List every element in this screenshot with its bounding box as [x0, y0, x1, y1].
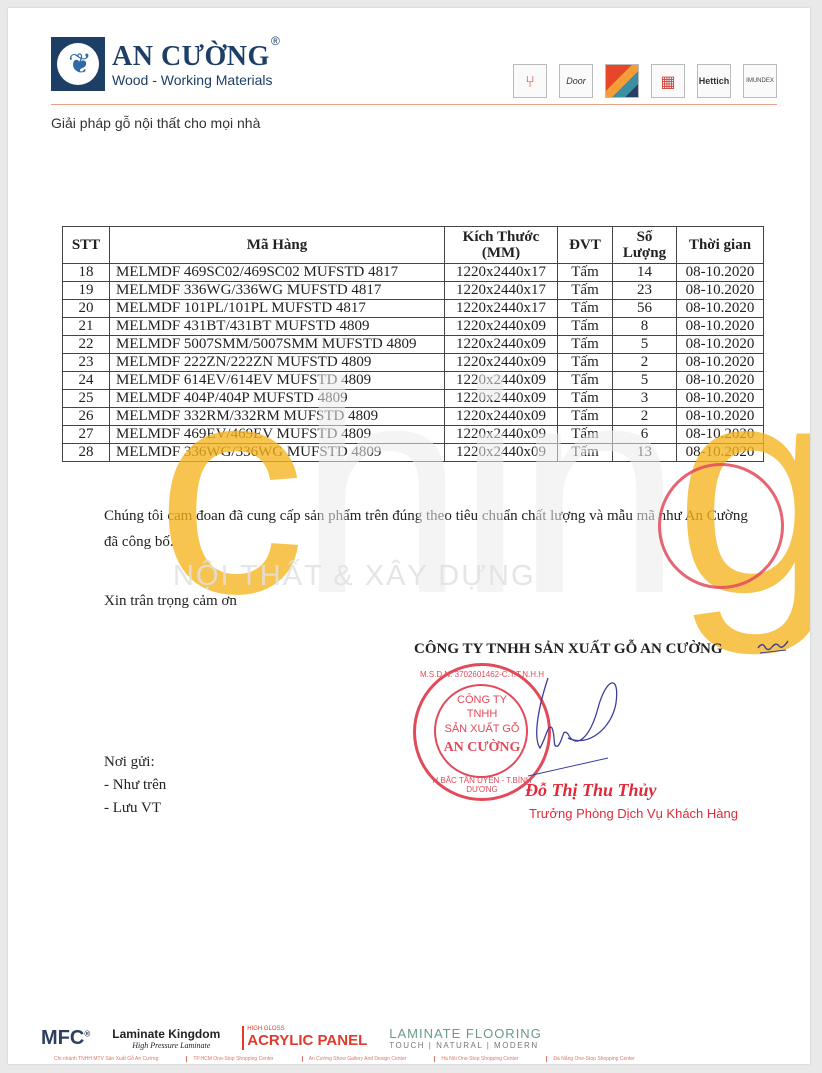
cell-stt: 23 — [63, 354, 110, 372]
cell-stt: 18 — [63, 264, 110, 282]
table-row: 22MELMDF 5007SMM/5007SMM MUFSTD 48091220… — [63, 336, 764, 354]
cell-stt: 24 — [63, 372, 110, 390]
cell-quantity: 2 — [613, 354, 677, 372]
cell-date: 08-10.2020 — [677, 300, 764, 318]
cell-dimensions: 1220x2440x09 — [445, 318, 558, 336]
cell-dimensions: 1220x2440x09 — [445, 336, 558, 354]
cell-date: 08-10.2020 — [677, 390, 764, 408]
goods-table: STT Mã Hàng Kích Thước (MM) ĐVT Số Lượng… — [62, 226, 764, 462]
cell-stt: 27 — [63, 426, 110, 444]
partner-logo-door: Door — [559, 64, 593, 98]
cell-unit: Tấm — [558, 282, 613, 300]
cell-quantity: 6 — [613, 426, 677, 444]
cell-date: 08-10.2020 — [677, 408, 764, 426]
cell-item-code: MELMDF 336WG/336WG MUFSTD 4809 — [110, 444, 445, 462]
cell-item-code: MELMDF 614EV/614EV MUFSTD 4809 — [110, 372, 445, 390]
cell-date: 08-10.2020 — [677, 426, 764, 444]
table-row: 27MELMDF 469EV/469EV MUFSTD 48091220x244… — [63, 426, 764, 444]
table-row: 23MELMDF 222ZN/222ZN MUFSTD 48091220x244… — [63, 354, 764, 372]
recipient-item: - Lưu VT — [104, 797, 166, 820]
cell-stt: 20 — [63, 300, 110, 318]
cell-quantity: 56 — [613, 300, 677, 318]
cell-unit: Tấm — [558, 444, 613, 462]
cell-item-code: MELMDF 431BT/431BT MUFSTD 4809 — [110, 318, 445, 336]
table-header-row: STT Mã Hàng Kích Thước (MM) ĐVT Số Lượng… — [63, 227, 764, 264]
cell-item-code: MELMDF 336WG/336WG MUFSTD 4817 — [110, 282, 445, 300]
chair-icon: ⑂ — [525, 72, 535, 91]
cell-item-code: MELMDF 404P/404P MUFSTD 4809 — [110, 390, 445, 408]
header-divider — [51, 104, 777, 105]
cell-date: 08-10.2020 — [677, 264, 764, 282]
partner-logo-tables-chairs: ⑂ — [513, 64, 547, 98]
cell-stt: 22 — [63, 336, 110, 354]
footer-addresses: Chi nhánh TNHH MTV Sản Xuất Gỗ An Cường … — [48, 1056, 808, 1062]
partial-stamp — [658, 463, 784, 589]
cell-stt: 19 — [63, 282, 110, 300]
footer-brand-laminate-kingdom: Laminate KingdomHigh Pressure Laminate — [112, 1027, 220, 1050]
cell-stt: 28 — [63, 444, 110, 462]
wood-grain-icon: ❦ — [65, 47, 95, 81]
document-page: ❦ AN CƯỜNG ® Wood - Working Materials ⑂ … — [8, 8, 810, 1064]
cell-quantity: 23 — [613, 282, 677, 300]
header-stt: STT — [63, 227, 110, 264]
cell-date: 08-10.2020 — [677, 318, 764, 336]
table-row: 21MELMDF 431BT/431BT MUFSTD 48091220x244… — [63, 318, 764, 336]
cell-item-code: MELMDF 222ZN/222ZN MUFSTD 4809 — [110, 354, 445, 372]
table-row: 18MELMDF 469SC02/469SC02 MUFSTD 48171220… — [63, 264, 764, 282]
cell-dimensions: 1220x2440x17 — [445, 300, 558, 318]
footer-brand-laminate-flooring: LAMINATE FLOORINGTOUCH | NATURAL | MODER… — [389, 1026, 542, 1050]
brand-name: AN CƯỜNG — [112, 41, 270, 73]
table-row: 26MELMDF 332RM/332RM MUFSTD 48091220x244… — [63, 408, 764, 426]
footer-address: Hà Nội One-Stop Shopping Center — [434, 1056, 518, 1062]
cell-unit: Tấm — [558, 264, 613, 282]
cell-date: 08-10.2020 — [677, 444, 764, 462]
cell-unit: Tấm — [558, 300, 613, 318]
brand-subtitle: Wood - Working Materials — [112, 72, 273, 88]
cell-date: 08-10.2020 — [677, 354, 764, 372]
table-row: 19MELMDF 336WG/336WG MUFSTD 48171220x244… — [63, 282, 764, 300]
cell-stt: 25 — [63, 390, 110, 408]
cell-date: 08-10.2020 — [677, 282, 764, 300]
partner-logo-kitchen — [605, 64, 639, 98]
cell-dimensions: 1220x2440x17 — [445, 264, 558, 282]
cell-quantity: 8 — [613, 318, 677, 336]
company-signature-heading: CÔNG TY TNHH SẢN XUẤT GỖ AN CƯỜNG — [414, 641, 723, 658]
cell-item-code: MELMDF 469EV/469EV MUFSTD 4809 — [110, 426, 445, 444]
cell-dimensions: 1220x2440x17 — [445, 282, 558, 300]
header-date: Thời gian — [677, 227, 764, 264]
cell-item-code: MELMDF 101PL/101PL MUFSTD 4817 — [110, 300, 445, 318]
cell-quantity: 5 — [613, 372, 677, 390]
cell-quantity: 14 — [613, 264, 677, 282]
cell-quantity: 3 — [613, 390, 677, 408]
cell-item-code: MELMDF 469SC02/469SC02 MUFSTD 4817 — [110, 264, 445, 282]
header-quantity: Số Lượng — [613, 227, 677, 264]
cell-quantity: 2 — [613, 408, 677, 426]
header-unit: ĐVT — [558, 227, 613, 264]
handwritten-signature — [528, 668, 638, 778]
cell-dimensions: 1220x2440x09 — [445, 426, 558, 444]
cell-dimensions: 1220x2440x09 — [445, 372, 558, 390]
table-row: 24MELMDF 614EV/614EV MUFSTD 48091220x244… — [63, 372, 764, 390]
cell-quantity: 13 — [613, 444, 677, 462]
footer-brand-mfc: MFC® — [41, 1027, 90, 1050]
cell-item-code: MELMDF 5007SMM/5007SMM MUFSTD 4809 — [110, 336, 445, 354]
cabinet-icon: ▦ — [660, 72, 675, 91]
cell-stt: 26 — [63, 408, 110, 426]
thanks-text: Xin trân trọng cảm ơn — [104, 588, 237, 614]
partner-logos: ⑂ Door ▦ Hettich IMUNDEX — [513, 64, 777, 98]
recipient-item: - Như trên — [104, 774, 166, 797]
header-item-code: Mã Hàng — [110, 227, 445, 264]
recipients-block: Nơi gửi: - Như trên - Lưu VT — [104, 751, 166, 820]
registered-mark: ® — [271, 34, 280, 48]
an-cuong-logo: ❦ — [51, 37, 105, 91]
cell-unit: Tấm — [558, 390, 613, 408]
cell-unit: Tấm — [558, 318, 613, 336]
footer-address: Đà Nẵng One-Stop Shopping Center — [546, 1056, 634, 1062]
cell-item-code: MELMDF 332RM/332RM MUFSTD 4809 — [110, 408, 445, 426]
signer-title: Trưởng Phòng Dịch Vụ Khách Hàng — [529, 806, 738, 821]
cell-unit: Tấm — [558, 426, 613, 444]
table-row: 20MELMDF 101PL/101PL MUFSTD 48171220x244… — [63, 300, 764, 318]
cell-date: 08-10.2020 — [677, 336, 764, 354]
cell-dimensions: 1220x2440x09 — [445, 390, 558, 408]
initial-mark-icon — [756, 638, 790, 656]
cell-stt: 21 — [63, 318, 110, 336]
header-dimensions: Kích Thước (MM) — [445, 227, 558, 264]
cell-dimensions: 1220x2440x09 — [445, 408, 558, 426]
footer-address: An Cường Show Gallery And Design Center — [302, 1056, 407, 1062]
cell-unit: Tấm — [558, 408, 613, 426]
cell-unit: Tấm — [558, 336, 613, 354]
partner-logo-imundex: IMUNDEX — [743, 64, 777, 98]
table-row: 25MELMDF 404P/404P MUFSTD 48091220x2440x… — [63, 390, 764, 408]
partner-logo-hettich: Hettich — [697, 64, 731, 98]
cell-dimensions: 1220x2440x09 — [445, 444, 558, 462]
partner-logo-components: ▦ — [651, 64, 685, 98]
signer-name: Đỗ Thị Thu Thủy — [525, 780, 657, 801]
footer-address: TP.HCM One-Stop Shopping Center — [186, 1056, 273, 1062]
cell-unit: Tấm — [558, 372, 613, 390]
slogan: Giải pháp gỗ nội thất cho mọi nhà — [51, 115, 260, 131]
footer-brands: MFC® Laminate KingdomHigh Pressure Lamin… — [41, 1026, 542, 1050]
table-row: 28MELMDF 336WG/336WG MUFSTD 48091220x244… — [63, 444, 764, 462]
cell-dimensions: 1220x2440x09 — [445, 354, 558, 372]
footer-address: Chi nhánh TNHH MTV Sản Xuất Gỗ An Cường — [48, 1056, 158, 1062]
cell-unit: Tấm — [558, 354, 613, 372]
footer-brand-acrylic-panel: HIGH GLOSSACRYLIC PANEL — [242, 1026, 367, 1050]
recipients-label: Nơi gửi: — [104, 751, 166, 774]
cell-date: 08-10.2020 — [677, 372, 764, 390]
cell-quantity: 5 — [613, 336, 677, 354]
